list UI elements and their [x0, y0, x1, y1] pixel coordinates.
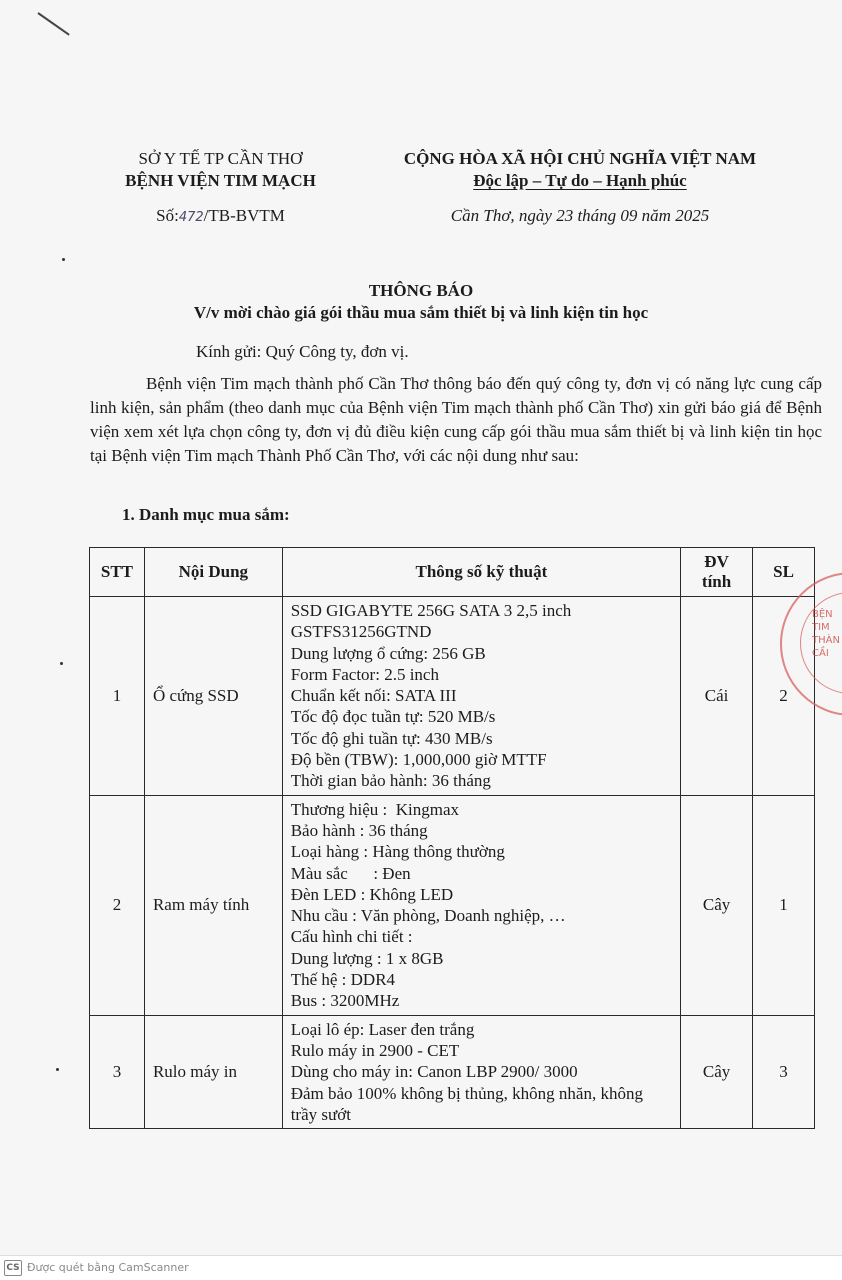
- greeting: Kính gửi: Quý Công ty, đơn vị.: [196, 342, 409, 362]
- spec-line: Dung lượng ổ cứng: 256 GB: [291, 643, 672, 664]
- issuer-hospital: BỆNH VIỆN TIM MẠCH: [108, 170, 333, 192]
- issuer-department: SỞ Y TẾ TP CẦN THƠ: [108, 148, 333, 170]
- document-title: THÔNG BÁO: [0, 280, 842, 302]
- spec-line: SSD GIGABYTE 256G SATA 3 2,5 inch: [291, 600, 672, 621]
- row-specs: Thương hiệu : KingmaxBảo hành : 36 tháng…: [282, 795, 680, 1015]
- row-stt: 1: [90, 597, 145, 796]
- issuer-block: SỞ Y TẾ TP CẦN THƠ BỆNH VIỆN TIM MẠCH Số…: [108, 148, 333, 229]
- procurement-table: STT Nội Dung Thông số kỹ thuật ĐV tính S…: [89, 547, 815, 1129]
- row-qty: 3: [753, 1015, 815, 1128]
- spec-line: Thế hệ : DDR4: [291, 969, 672, 990]
- spec-line: Loại lô ép: Laser đen trắng: [291, 1019, 672, 1040]
- issue-date: Cần Thơ, ngày 23 tháng 09 năm 2025: [355, 205, 805, 227]
- spec-line: Loại hàng : Hàng thông thường: [291, 841, 672, 862]
- header-content: Nội Dung: [144, 548, 282, 597]
- table-row: 3Rulo máy inLoại lô ép: Laser đen trắngR…: [90, 1015, 815, 1128]
- spec-line: Rulo máy in 2900 - CET: [291, 1040, 672, 1061]
- row-unit: Cây: [681, 795, 753, 1015]
- spec-line: Đảm bảo 100% không bị thủng, không nhăn,…: [291, 1083, 672, 1126]
- scan-mark: [37, 12, 69, 35]
- stamp-text: BỆNTIMTHÀNCẦI: [812, 608, 840, 660]
- spec-line: Nhu cầu : Văn phòng, Doanh nghiệp, …: [291, 905, 672, 926]
- section-heading: 1. Danh mục mua sắm:: [122, 505, 290, 525]
- row-unit: Cái: [681, 597, 753, 796]
- spec-line: Tốc độ đọc tuần tự: 520 MB/s: [291, 706, 672, 727]
- spec-line: Thương hiệu : Kingmax: [291, 799, 672, 820]
- spec-line: Độ bền (TBW): 1,000,000 giờ MTTF: [291, 749, 672, 770]
- scan-dot: [56, 1068, 59, 1071]
- row-qty: 1: [753, 795, 815, 1015]
- spec-line: Form Factor: 2.5 inch: [291, 664, 672, 685]
- scan-dot: [62, 258, 65, 261]
- national-motto: Độc lập – Tự do – Hạnh phúc: [355, 170, 805, 192]
- row-name: Ram máy tính: [144, 795, 282, 1015]
- spec-line: Bus : 3200MHz: [291, 990, 672, 1011]
- handwritten-number: 472: [179, 210, 204, 225]
- spec-line: Chuẩn kết nối: SATA III: [291, 685, 672, 706]
- row-stt: 3: [90, 1015, 145, 1128]
- camscanner-icon: CS: [4, 1260, 22, 1276]
- spec-line: Bảo hành : 36 tháng: [291, 820, 672, 841]
- scan-dot: [60, 662, 63, 665]
- nation-name: CỘNG HÒA XÃ HỘI CHỦ NGHĨA VIỆT NAM: [355, 148, 805, 170]
- spec-line: Dung lượng : 1 x 8GB: [291, 948, 672, 969]
- spec-line: Dùng cho máy in: Canon LBP 2900/ 3000: [291, 1061, 672, 1082]
- spec-line: Đèn LED : Không LED: [291, 884, 672, 905]
- row-name: Rulo máy in: [144, 1015, 282, 1128]
- scanner-watermark: Được quét bằng CamScanner: [27, 1261, 189, 1274]
- spec-line: GSTFS31256GTND: [291, 621, 672, 642]
- header-specs: Thông số kỹ thuật: [282, 548, 680, 597]
- document-number: Số:472/TB-BVTM: [108, 205, 333, 229]
- document-subject: V/v mời chào giá gói thầu mua sắm thiết …: [0, 302, 842, 324]
- scanned-page: SỞ Y TẾ TP CẦN THƠ BỆNH VIỆN TIM MẠCH Số…: [0, 0, 842, 1255]
- table-header-row: STT Nội Dung Thông số kỹ thuật ĐV tính S…: [90, 548, 815, 597]
- body-paragraph: Bệnh viện Tim mạch thành phố Cần Thơ thô…: [90, 372, 822, 468]
- spec-line: Màu sắc : Đen: [291, 863, 672, 884]
- spec-line: Cấu hình chi tiết :: [291, 926, 672, 947]
- row-unit: Cây: [681, 1015, 753, 1128]
- row-stt: 2: [90, 795, 145, 1015]
- header-unit: ĐV tính: [681, 548, 753, 597]
- row-specs: Loại lô ép: Laser đen trắngRulo máy in 2…: [282, 1015, 680, 1128]
- row-specs: SSD GIGABYTE 256G SATA 3 2,5 inchGSTFS31…: [282, 597, 680, 796]
- row-name: Ổ cứng SSD: [144, 597, 282, 796]
- national-heading: CỘNG HÒA XÃ HỘI CHỦ NGHĨA VIỆT NAM Độc l…: [355, 148, 805, 227]
- scanner-footer: CS Được quét bằng CamScanner: [0, 1255, 842, 1280]
- table-row: 2Ram máy tínhThương hiệu : KingmaxBảo hà…: [90, 795, 815, 1015]
- spec-line: Thời gian bảo hành: 36 tháng: [291, 770, 672, 791]
- spec-line: Tốc độ ghi tuần tự: 430 MB/s: [291, 728, 672, 749]
- table-row: 1Ổ cứng SSDSSD GIGABYTE 256G SATA 3 2,5 …: [90, 597, 815, 796]
- header-stt: STT: [90, 548, 145, 597]
